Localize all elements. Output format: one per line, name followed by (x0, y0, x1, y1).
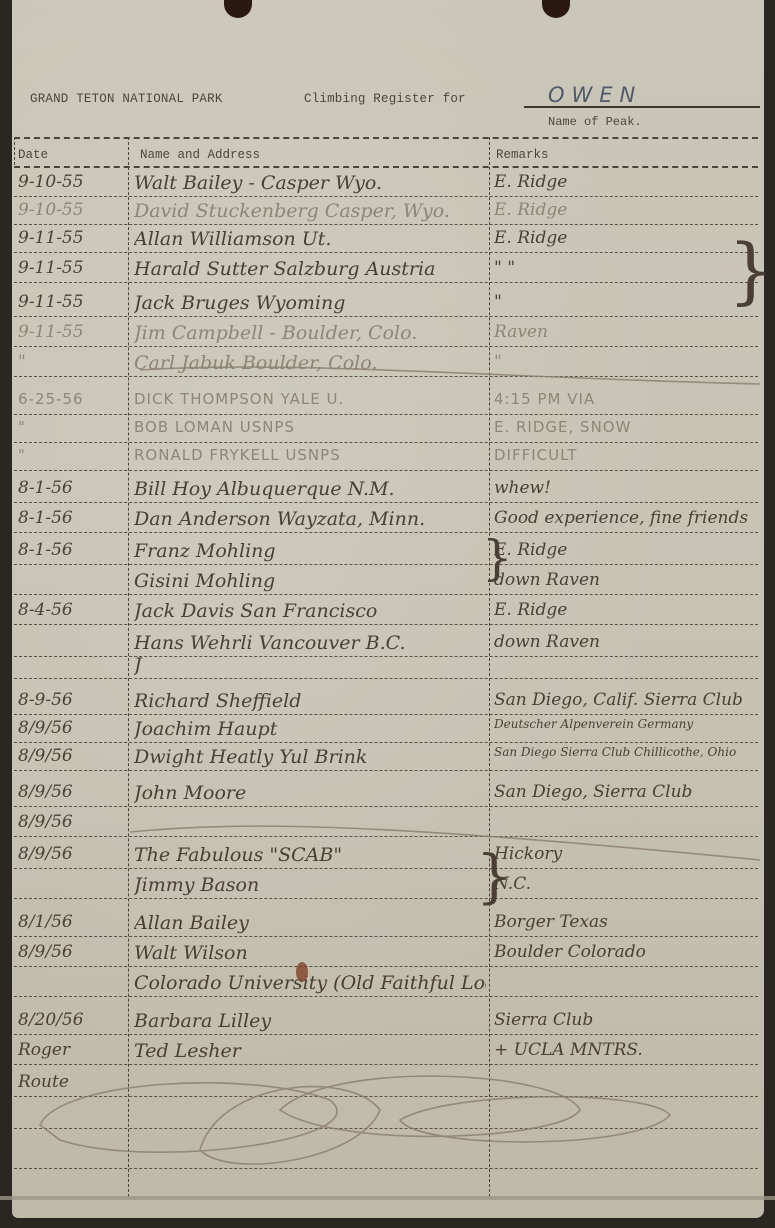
register-entry: Jimmy BasonN.C. (0, 874, 775, 904)
peak-caption: Name of Peak. (548, 115, 642, 129)
entry-date: " (18, 352, 126, 372)
register-entry: 8/9/56Joachim HauptDeutscher Alpenverein… (0, 718, 775, 748)
entry-name: Walt Bailey - Casper Wyo. (134, 172, 486, 194)
rule-line (14, 1096, 758, 1097)
register-entry: 9-10-55David Stuckenberg Casper, Wyo.E. … (0, 200, 775, 230)
entry-date: 8/1/56 (18, 912, 126, 932)
entry-name: Allan Williamson Ut. (134, 228, 486, 250)
entry-remarks: Good experience, fine friends (494, 508, 756, 528)
rule-line (14, 624, 758, 625)
entry-date: 8-4-56 (18, 600, 126, 620)
entry-date: 6-25-56 (18, 390, 126, 408)
entry-date: 9-11-55 (18, 228, 126, 248)
entry-remarks: 4:15 pm via (494, 390, 756, 408)
entry-date: " (18, 446, 126, 464)
column-header-name: Name and Address (140, 148, 260, 162)
rule-line (14, 996, 758, 997)
punch-hole (542, 0, 570, 18)
entry-date: 8/9/56 (18, 782, 126, 802)
entry-remarks: Hickory (494, 844, 756, 864)
entry-name: Joachim Haupt (134, 718, 486, 740)
rule-line (14, 594, 758, 595)
page-edge (0, 1196, 775, 1200)
entry-remarks: E. Ridge, Snow (494, 418, 756, 436)
entry-remarks: Boulder Colorado (494, 942, 756, 962)
entry-name: Hans Wehrli Vancouver B.C. (134, 632, 486, 654)
peak-name: OWEN (524, 84, 760, 108)
register-entry: J (0, 654, 775, 684)
entry-name: David Stuckenberg Casper, Wyo. (134, 200, 486, 222)
entry-remarks: Difficult (494, 446, 756, 464)
entry-remarks: Raven (494, 322, 756, 342)
register-entry: 8-1-56Bill Hoy Albuquerque N.M.whew! (0, 478, 775, 508)
entry-remarks: + UCLA MNTRS. (494, 1040, 756, 1060)
rule-line (14, 470, 758, 471)
rule-line (14, 714, 758, 715)
entry-name: Dick Thompson Yale U. (134, 390, 486, 408)
register-entry: 9-10-55Walt Bailey - Casper Wyo.E. Ridge (0, 172, 775, 202)
rule-line (14, 414, 758, 415)
entry-remarks: E. Ridge (494, 600, 756, 620)
register-entry: Colorado University (Old Faithful Lodge) (0, 972, 775, 1002)
register-entry: 9-11-55Allan Williamson Ut.E. Ridge (0, 228, 775, 258)
entry-remarks: San Diego, Calif. Sierra Club (494, 690, 756, 710)
rule-line (14, 376, 758, 377)
rule-line (14, 137, 758, 139)
rule-line (14, 252, 758, 253)
entry-remarks: down Raven (494, 632, 756, 652)
entry-date: 9-10-55 (18, 200, 126, 220)
entry-name: Jimmy Bason (134, 874, 486, 896)
entry-date: 8-9-56 (18, 690, 126, 710)
entry-remarks: " (494, 292, 756, 312)
register-entry: 8/9/56The Fabulous "SCAB"Hickory (0, 844, 775, 874)
entry-name: Jim Campbell - Boulder, Colo. (134, 322, 486, 344)
rule-line (14, 678, 758, 679)
column-header-date: Date (18, 148, 48, 162)
entry-name: Franz Mohling (134, 540, 486, 562)
entry-name: Dan Anderson Wayzata, Minn. (134, 508, 486, 530)
rule-line (14, 502, 758, 503)
entry-date: 8/9/56 (18, 942, 126, 962)
entry-remarks: " " (494, 258, 756, 278)
register-entry: 6-25-56Dick Thompson Yale U.4:15 pm via (0, 390, 775, 420)
entry-name: Richard Sheffield (134, 690, 486, 712)
register-label: Climbing Register for (304, 92, 466, 106)
entry-date: 8/9/56 (18, 812, 126, 832)
register-entry: 8/20/56Barbara LilleySierra Club (0, 1010, 775, 1040)
entry-name: Ronald Frykell USNPS (134, 446, 486, 464)
rule-line (14, 868, 758, 869)
entry-date: 9-11-55 (18, 258, 126, 278)
register-entry: 8-1-56Franz MohlingE. Ridge (0, 540, 775, 570)
register-entry: 8/1/56Allan BaileyBorger Texas (0, 912, 775, 942)
entry-remarks: San Diego, Sierra Club (494, 782, 756, 802)
rule-line (14, 442, 758, 443)
brace-mark: } (476, 842, 513, 910)
entry-date: 9-11-55 (18, 292, 126, 312)
rule-line (14, 346, 758, 347)
rule-line (14, 1128, 758, 1129)
rule-line (14, 196, 758, 197)
rule-line (14, 166, 758, 168)
entry-remarks: San Diego Sierra Club Chillicothe, Ohio (494, 746, 756, 759)
register-entry: 8/9/56Walt WilsonBoulder Colorado (0, 942, 775, 972)
entry-remarks: N.C. (494, 874, 756, 894)
column-header-remarks: Remarks (496, 148, 549, 162)
rule-line (14, 966, 758, 967)
entry-remarks: E. Ridge (494, 200, 756, 220)
rule-line (14, 806, 758, 807)
rule-line (14, 770, 758, 771)
park-title: GRAND TETON NATIONAL PARK (30, 92, 223, 106)
ink-stain (296, 962, 308, 982)
entry-remarks: E. Ridge (494, 228, 756, 248)
entry-date: 8/20/56 (18, 1010, 126, 1030)
entry-date: Route (18, 1072, 126, 1092)
rule-line (14, 224, 758, 225)
entry-name: The Fabulous "SCAB" (134, 844, 486, 866)
entry-date: " (18, 418, 126, 436)
register-entry: 8-9-56Richard SheffieldSan Diego, Calif.… (0, 690, 775, 720)
brace-mark: } (482, 530, 513, 586)
register-entry: "Carl Jabuk Boulder, Colo." (0, 352, 775, 382)
entry-name: Bill Hoy Albuquerque N.M. (134, 478, 486, 500)
rule-line (14, 936, 758, 937)
entry-remarks: " (494, 352, 756, 372)
entry-name: Jack Davis San Francisco (134, 600, 486, 622)
entry-name: Harald Sutter Salzburg Austria (134, 258, 486, 280)
entry-date: 9-10-55 (18, 172, 126, 192)
rule-line (14, 898, 758, 899)
entry-date: 8/9/56 (18, 746, 126, 766)
register-entry: 9-11-55Jim Campbell - Boulder, Colo.Rave… (0, 322, 775, 352)
entry-name: Jack Bruges Wyoming (134, 292, 486, 314)
entry-date: 8/9/56 (18, 718, 126, 738)
entry-date: 8-1-56 (18, 478, 126, 498)
entry-name: Ted Lesher (134, 1040, 486, 1062)
entry-date: 8/9/56 (18, 844, 126, 864)
register-entry: Gisini Mohlingdown Raven (0, 570, 775, 600)
entry-name: Walt Wilson (134, 942, 486, 964)
entry-remarks: down Raven (494, 570, 756, 590)
entry-name: Allan Bailey (134, 912, 486, 934)
entry-date: Roger (18, 1040, 126, 1060)
register-entry: 9-11-55Harald Sutter Salzburg Austria" " (0, 258, 775, 288)
entry-name: Dwight Heatly Yul Brink (134, 746, 486, 768)
entry-remarks: Sierra Club (494, 1010, 756, 1030)
rule-line (14, 316, 758, 317)
register-entry: "Bob Loman USNPSE. Ridge, Snow (0, 418, 775, 448)
rule-line (14, 1064, 758, 1065)
rule-line (14, 564, 758, 565)
brace-mark: } (728, 228, 774, 312)
register-entry: 8/9/56John MooreSan Diego, Sierra Club (0, 782, 775, 812)
entry-remarks: E. Ridge (494, 540, 756, 560)
rule-line (14, 1168, 758, 1169)
entry-name: John Moore (134, 782, 486, 804)
register-entry: RogerTed Lesher+ UCLA MNTRS. (0, 1040, 775, 1070)
entry-date: 8-1-56 (18, 540, 126, 560)
entry-remarks: E. Ridge (494, 172, 756, 192)
entry-date: 8-1-56 (18, 508, 126, 528)
register-entry: 8/9/56 (0, 812, 775, 842)
register-entry: "Ronald Frykell USNPSDifficult (0, 446, 775, 476)
rule-line (14, 532, 758, 533)
punch-hole (224, 0, 252, 18)
entry-name: Barbara Lilley (134, 1010, 486, 1032)
entry-remarks: Borger Texas (494, 912, 756, 932)
entry-name: Carl Jabuk Boulder, Colo. (134, 352, 486, 374)
column-divider (14, 137, 15, 165)
register-entry: 9-11-55Jack Bruges Wyoming" (0, 292, 775, 322)
entry-name: Bob Loman USNPS (134, 418, 486, 436)
entry-remarks: whew! (494, 478, 756, 498)
register-entry: 8/9/56Dwight Heatly Yul BrinkSan Diego S… (0, 746, 775, 776)
register-entry: 8-1-56Dan Anderson Wayzata, Minn.Good ex… (0, 508, 775, 538)
entry-name: Gisini Mohling (134, 570, 486, 592)
entry-remarks: Deutscher Alpenverein Germany (494, 718, 756, 731)
entry-name: J (134, 654, 486, 676)
entry-name: Colorado University (Old Faithful Lodge) (134, 972, 486, 994)
rule-line (14, 282, 758, 283)
rule-line (14, 1034, 758, 1035)
register-entry: 8-4-56Jack Davis San FranciscoE. Ridge (0, 600, 775, 630)
rule-line (14, 836, 758, 837)
rule-line (14, 742, 758, 743)
register-entry: Route (0, 1072, 775, 1102)
entry-date: 9-11-55 (18, 322, 126, 342)
